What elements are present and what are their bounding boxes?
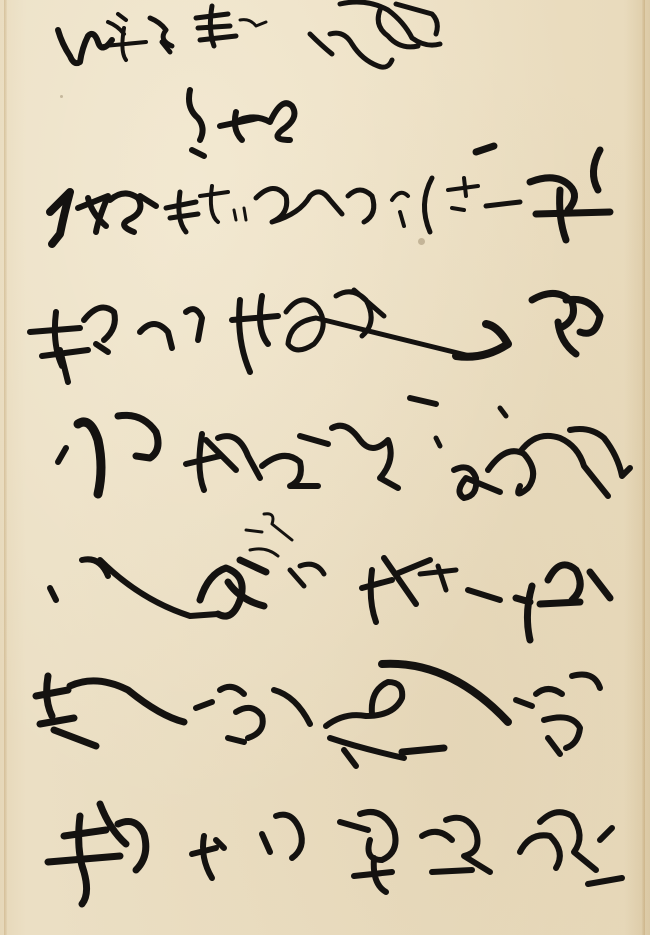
calligraphy-line-5 bbox=[58, 398, 630, 498]
calligraphy-line-2 bbox=[189, 90, 294, 156]
calligraphy-line-7 bbox=[36, 664, 600, 766]
calligraphy-line-4 bbox=[30, 290, 600, 382]
calligraphy-line-1 bbox=[58, 2, 440, 67]
calligraphy-line-8 bbox=[48, 804, 622, 904]
calligraphy-line-6 bbox=[50, 514, 610, 640]
calligraphy-ink bbox=[0, 0, 650, 935]
calligraphy-scroll bbox=[0, 0, 650, 935]
calligraphy-line-3 bbox=[50, 146, 610, 244]
